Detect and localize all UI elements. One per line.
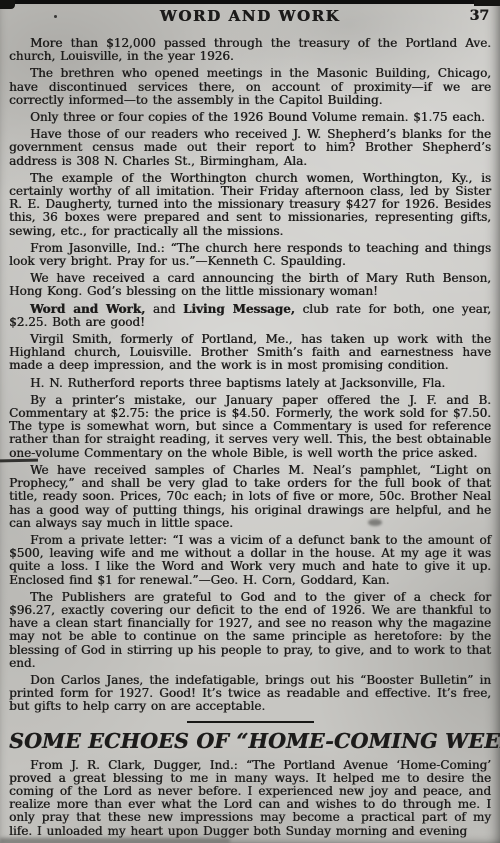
news-paragraph: Word and Work, and Living Message, club … [9,303,491,329]
section-divider [187,721,314,723]
news-paragraph: More than $12,000 passed through the tre… [9,37,491,63]
text-run: More than $12,000 passed through the tre… [9,36,491,63]
news-paragraph: From Jasonville, Ind.: “The church here … [9,242,491,268]
text-run: Virgil Smith, formerly of Portland, Me.,… [9,332,491,372]
page-number: 37 [470,8,489,24]
news-paragraph: By a printer’s mistake, our January pape… [9,394,491,460]
section-paragraphs: From J. R. Clark, Dugger, Ind.: “The Por… [9,759,491,838]
news-paragraph: Only three or four copies of the 1926 Bo… [9,111,491,124]
news-paragraph: H. N. Rutherford reports three baptisms … [9,377,491,390]
text-run: Don Carlos Janes, the indefatigable, bri… [9,673,491,713]
text-run: By a printer’s mistake, our January pape… [9,393,491,460]
news-paragraph: Have those of our readers who received J… [9,128,491,168]
bold-text-run: Word and Work, [30,302,145,316]
text-run: From a private letter: “I was a vicim of… [9,533,491,587]
bold-text-run: Living Message, [183,302,295,316]
news-paragraphs: More than $12,000 passed through the tre… [9,37,491,714]
scan-smear-artifact [0,838,230,843]
text-run: and [145,302,183,316]
news-paragraph: From J. R. Clark, Dugger, Ind.: “The Por… [9,759,491,838]
text-run: The example of the Worthington church wo… [9,171,491,238]
masthead: WORD AND WORK 37 [0,0,500,34]
news-paragraph: From a private letter: “I was a vicim of… [9,534,491,587]
ink-blot-artifact [368,519,382,526]
text-run: The brethren who opened meetings in the … [9,66,491,106]
text-run: We have received samples of Charles M. N… [9,463,491,530]
text-run: The Publishers are grateful to God and t… [9,590,491,670]
news-paragraph: Don Carlos Janes, the indefatigable, bri… [9,674,491,714]
news-paragraph: We have received a card announcing the b… [9,272,491,298]
news-paragraph: We have received samples of Charles M. N… [9,464,491,530]
scanned-page: WORD AND WORK 37 More than $12,000 passe… [0,0,500,843]
text-run: Have those of our readers who received J… [9,127,491,167]
page-body: More than $12,000 passed through the tre… [0,34,500,838]
text-run: Only three or four copies of the 1926 Bo… [30,110,485,124]
text-run: H. N. Rutherford reports three baptisms … [30,376,445,390]
text-run: From J. R. Clark, Dugger, Ind.: “The Por… [9,758,491,838]
publication-title: WORD AND WORK [0,7,500,25]
news-paragraph: The Publishers are grateful to God and t… [9,591,491,670]
text-run: From Jasonville, Ind.: “The church here … [9,241,491,268]
news-paragraph: The example of the Worthington church wo… [9,172,491,238]
text-run: We have received a card announcing the b… [9,271,491,298]
news-paragraph: The brethren who opened meetings in the … [9,67,491,107]
section-heading: SOME ECHOES OF “HOME-COMING WEEK.” [9,729,491,753]
news-paragraph: Virgil Smith, formerly of Portland, Me.,… [9,333,491,373]
